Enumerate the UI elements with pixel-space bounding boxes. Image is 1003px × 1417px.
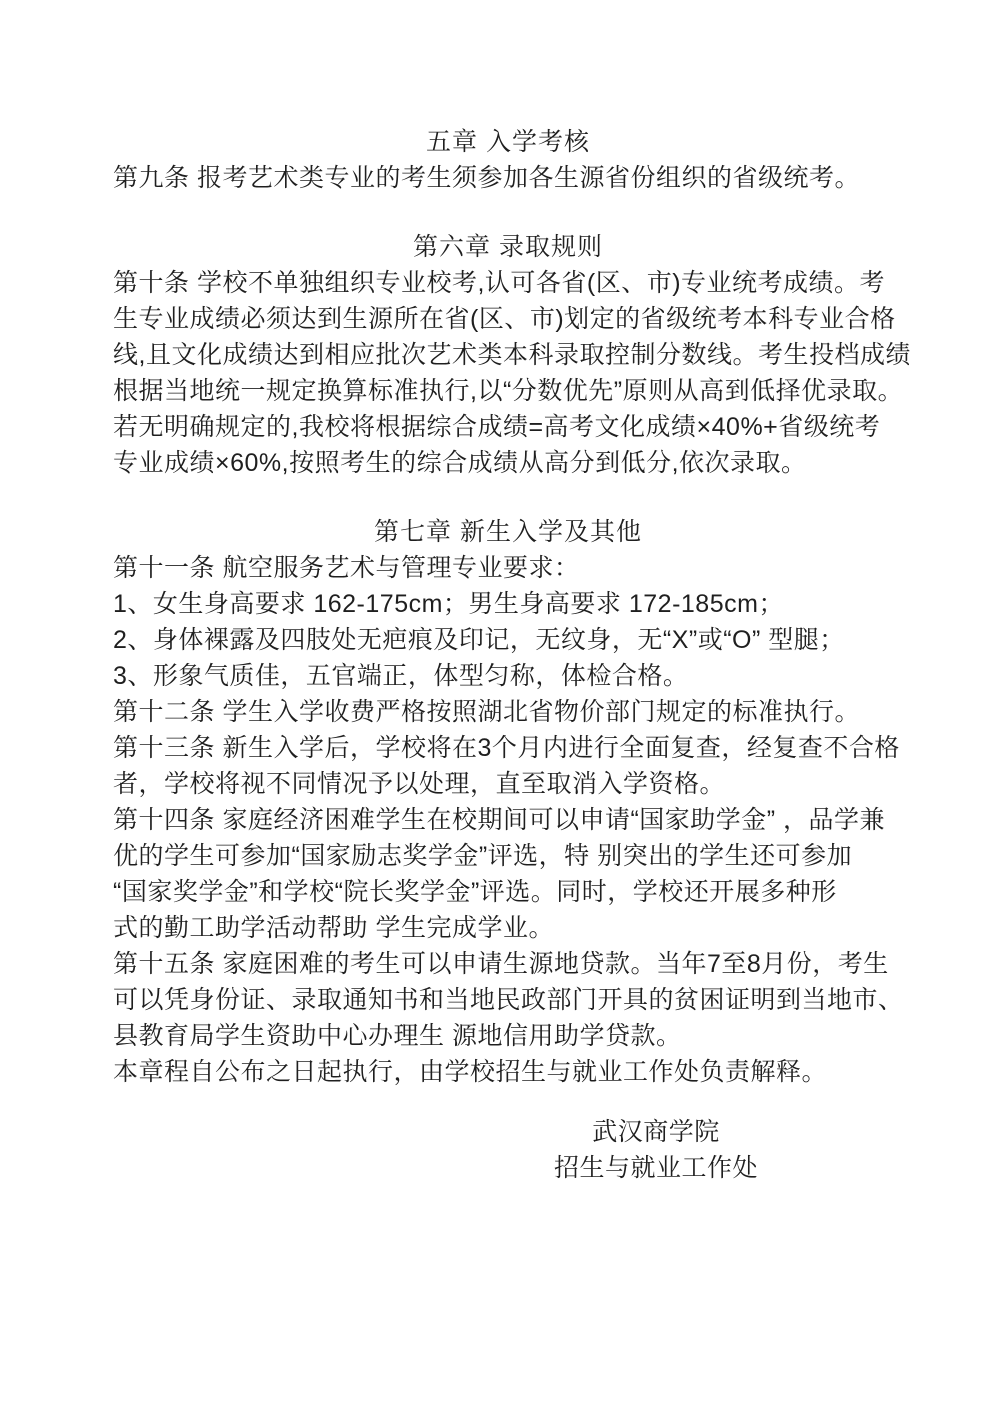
text-line: 者，学校将视不同情况予以处理，直至取消入学资格。 xyxy=(113,766,903,802)
text-line: 2、身体裸露及四肢处无疤痕及印记，无纹身，无“X”或“O” 型腿； xyxy=(113,622,903,658)
text-line: 1、女生身高要求 162-175cm；男生身高要求 172-185cm； xyxy=(113,586,903,622)
signature-line: 招生与就业工作处 xyxy=(409,1150,903,1186)
text-line: 3、形象气质佳，五官端正，体型匀称，体检合格。 xyxy=(113,658,903,694)
text-line: 可以凭身份证、录取通知书和当地民政部门开具的贫困证明到当地市、 xyxy=(113,982,903,1018)
text-line: 若无明确规定的,我校将根据综合成绩=高考文化成绩×40%+省级统考 xyxy=(113,409,903,445)
text-line: 生专业成绩必须达到生源所在省(区、市)划定的省级统考本科专业合格 xyxy=(113,301,903,337)
text-line: 县教育局学生资助中心办理生 源地信用助学贷款。 xyxy=(113,1018,903,1054)
section-spacer xyxy=(113,481,903,514)
text-line: 优的学生可参加“国家励志奖学金”评选，特 别突出的学生还可参加 xyxy=(113,838,903,874)
text-line: 本章程自公布之日起执行，由学校招生与就业工作处负责解释。 xyxy=(113,1054,903,1090)
text-line: 线,且文化成绩达到相应批次艺术类本科录取控制分数线。考生投档成绩 xyxy=(113,337,903,373)
text-line: “国家奖学金”和学校“院长奖学金”评选。同时，学校还开展多种形 xyxy=(113,874,903,910)
document-page: 五章 入学考核第九条 报考艺术类专业的考生须参加各生源省份组织的省级统考。第六章… xyxy=(0,0,1003,1417)
signature-line: 武汉商学院 xyxy=(409,1114,903,1150)
chapter-heading: 第六章 录取规则 xyxy=(113,229,903,265)
chapter-heading: 五章 入学考核 xyxy=(113,124,903,160)
text-line: 第十四条 家庭经济困难学生在校期间可以申请“国家助学金” ，品学兼 xyxy=(113,802,903,838)
text-line: 第九条 报考艺术类专业的考生须参加各生源省份组织的省级统考。 xyxy=(113,160,903,196)
text-line: 第十三条 新生入学后，学校将在3个月内进行全面复查，经复查不合格 xyxy=(113,730,903,766)
text-line: 第十五条 家庭困难的考生可以申请生源地贷款。当年7至8月份，考生 xyxy=(113,946,903,982)
text-line: 第十二条 学生入学收费严格按照湖北省物价部门规定的标准执行。 xyxy=(113,694,903,730)
text-line: 根据当地统一规定换算标准执行,以“分数优先”原则从高到低择优录取。 xyxy=(113,373,903,409)
text-line: 式的勤工助学活动帮助 学生完成学业。 xyxy=(113,910,903,946)
text-line: 第十条 学校不单独组织专业校考,认可各省(区、市)专业统考成绩。考 xyxy=(113,265,903,301)
section-spacer xyxy=(113,196,903,229)
text-line: 第十一条 航空服务艺术与管理专业要求： xyxy=(113,550,903,586)
text-line: 专业成绩×60%,按照考生的综合成绩从高分到低分,依次录取。 xyxy=(113,445,903,481)
signature-spacer xyxy=(113,1090,903,1114)
chapter-heading: 第七章 新生入学及其他 xyxy=(113,514,903,550)
document-body: 五章 入学考核第九条 报考艺术类专业的考生须参加各生源省份组织的省级统考。第六章… xyxy=(113,124,903,1186)
